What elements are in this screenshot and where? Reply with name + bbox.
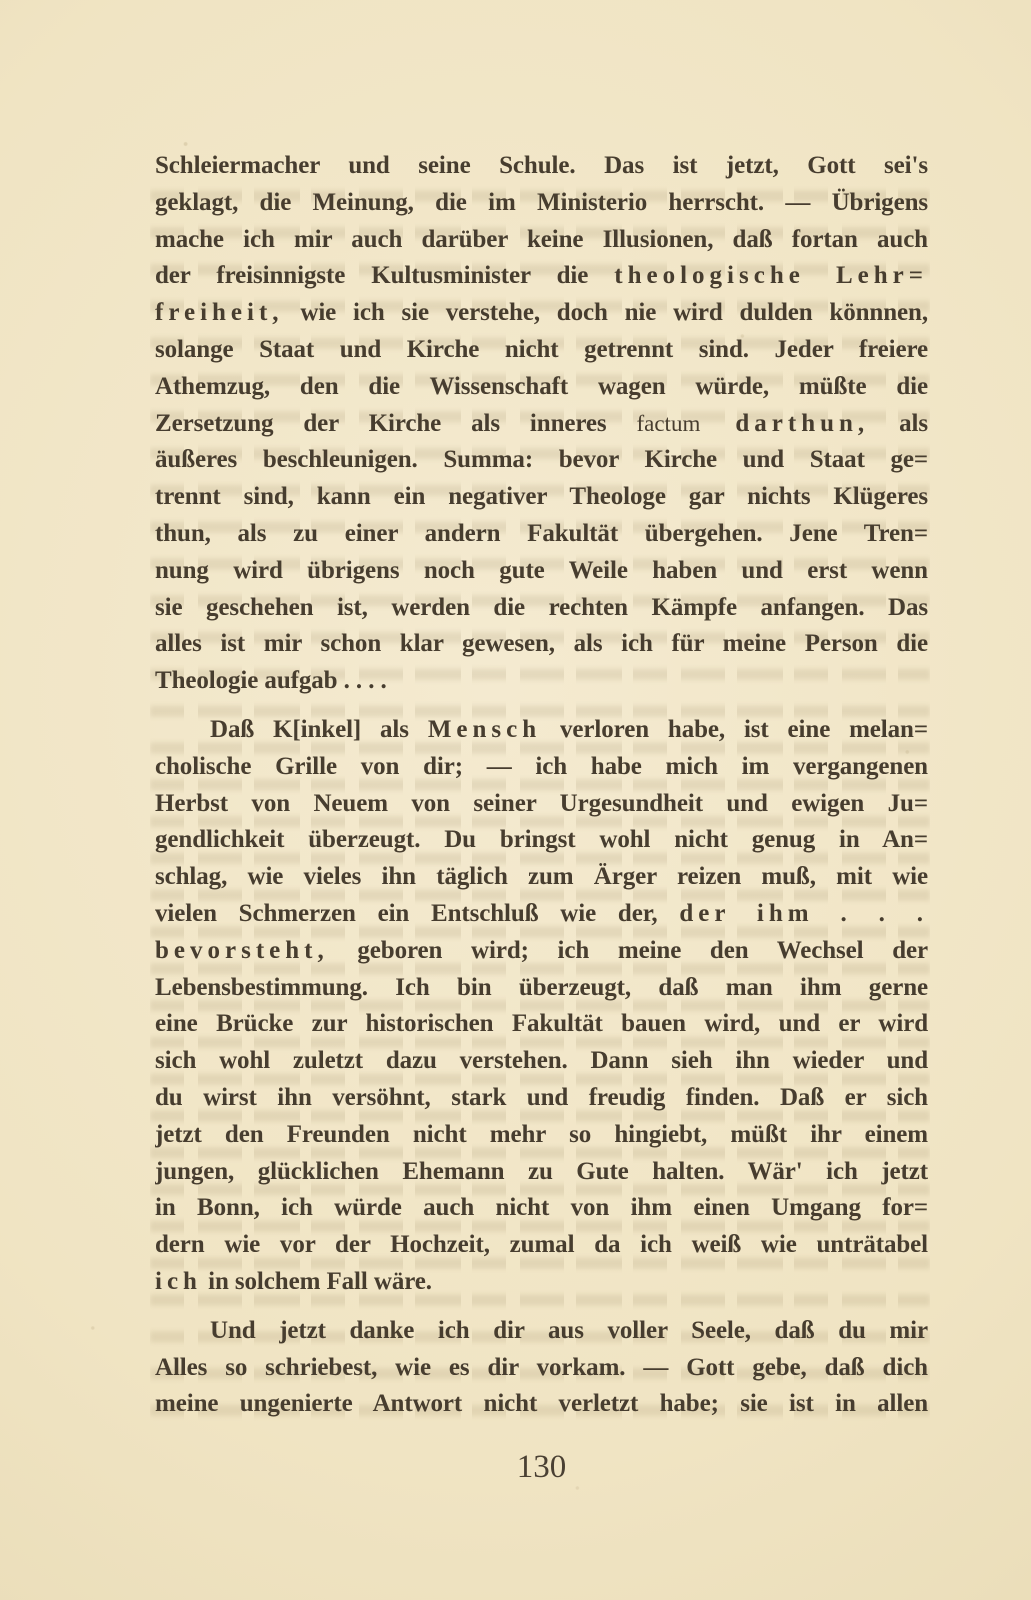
text-segment: Zersetzung der Kirche als inneres (155, 410, 636, 437)
text-line: Herbst von Neuem von seiner Urgesundheit… (155, 786, 928, 823)
text-line: in Bonn, ich würde auch nicht von ihm ei… (155, 1190, 928, 1227)
text-segment: nung wird übrigens noch gute Weile haben… (155, 557, 928, 584)
text-segment: Herbst von Neuem von seiner Urgesundheit… (155, 790, 928, 817)
text-line: der freisinnigste Kultusminister die the… (155, 258, 928, 295)
text-segment: trennt sind, kann ein negativer Theologe… (155, 483, 928, 510)
text-line: geklagt, die Meinung, die im Ministerio … (155, 185, 928, 222)
text-line: thun, als zu einer andern Fakultät überg… (155, 516, 928, 553)
text-segment: sie geschehen ist, werden die rechten Kä… (155, 594, 928, 621)
paragraph: Daß K[inkel] als Mensch verloren habe, i… (155, 712, 928, 1301)
text-line: sie geschehen ist, werden die rechten Kä… (155, 590, 928, 627)
text-segment: dern wie vor der Hochzeit, zumal da ich … (155, 1231, 928, 1258)
text-line: äußeres beschleunigen. Summa: bevor Kirc… (155, 442, 928, 479)
paragraph: Schleiermacher und seine Schule. Das ist… (155, 148, 928, 700)
spaced-emphasis-text: Mensch (428, 716, 541, 743)
text-segment: der freisinnigste Kultusminister die (155, 262, 614, 289)
text-line: Athemzug, den die Wissenschaft wagen wür… (155, 369, 928, 406)
text-line: vielen Schmerzen ein Entschluß wie der, … (155, 896, 928, 933)
text-line: Und jetzt danke ich dir aus voller Seele… (155, 1313, 928, 1350)
text-line: trennt sind, kann ein negativer Theologe… (155, 479, 928, 516)
text-line: Daß K[inkel] als Mensch verloren habe, i… (155, 712, 928, 749)
text-segment: jungen, glücklichen Ehemann zu Gute halt… (155, 1158, 928, 1185)
spaced-emphasis-text: der ihm . . . (679, 900, 928, 927)
text-line: jungen, glücklichen Ehemann zu Gute halt… (155, 1154, 928, 1191)
text-line: dern wie vor der Hochzeit, zumal da ich … (155, 1227, 928, 1264)
text-segment: in Bonn, ich würde auch nicht von ihm ei… (155, 1194, 928, 1221)
text-segment: Daß K[inkel] als (210, 716, 428, 743)
book-page: Schleiermacher und seine Schule. Das ist… (0, 0, 1031, 1600)
text-line: sich wohl zuletzt dazu verstehen. Dann s… (155, 1043, 928, 1080)
text-line: solange Staat und Kirche nicht getrennt … (155, 332, 928, 369)
text-segment: thun, als zu einer andern Fakultät überg… (155, 520, 928, 547)
text-line: nung wird übrigens noch gute Weile haben… (155, 553, 928, 590)
paragraph: Und jetzt danke ich dir aus voller Seele… (155, 1313, 928, 1423)
text-segment: schlag, wie vieles ihn täglich zum Ärger… (155, 863, 928, 890)
text-line: cholische Grille von dir; — ich habe mic… (155, 749, 928, 786)
text-line: Alles so schriebest, wie es dir vorkam. … (155, 1350, 928, 1387)
text-segment: solange Staat und Kirche nicht getrennt … (155, 336, 928, 363)
text-line: Zersetzung der Kirche als inneres factum… (155, 406, 928, 443)
text-segment: verloren habe, ist eine melan= (541, 716, 928, 743)
text-line: jetzt den Freunden nicht mehr so hingieb… (155, 1117, 928, 1154)
text-segment: in solchem Fall wäre. (202, 1268, 432, 1295)
text-segment: Theologie aufgab . . . . (155, 667, 387, 694)
text-segment: mache ich mir auch darüber keine Illusio… (155, 226, 928, 253)
text-segment: jetzt den Freunden nicht mehr so hingieb… (155, 1121, 928, 1148)
spaced-emphasis-text: bevorsteht, (155, 937, 329, 964)
text-line: Lebensbestimmung. Ich bin überzeugt, daß… (155, 970, 928, 1007)
text-segment: Athemzug, den die Wissenschaft wagen wür… (155, 373, 928, 400)
text-segment: cholische Grille von dir; — ich habe mic… (155, 753, 928, 780)
text-line: Theologie aufgab . . . . (155, 663, 928, 700)
text-segment: geboren wird; ich meine den Wechsel der (329, 937, 928, 964)
spaced-emphasis-text: freiheit, (155, 299, 284, 326)
text-segment: alles ist mir schon klar gewesen, als ic… (155, 630, 928, 657)
text-segment: sich wohl zuletzt dazu verstehen. Dann s… (155, 1047, 928, 1074)
text-line: schlag, wie vieles ihn täglich zum Ärger… (155, 859, 928, 896)
text-segment: äußeres beschleunigen. Summa: bevor Kirc… (155, 446, 928, 473)
text-line: gendlichkeit überzeugt. Du bringst wohl … (155, 822, 928, 859)
page-number: 130 (155, 1448, 928, 1486)
text-segment: als (869, 410, 928, 437)
text-segment: Alles so schriebest, wie es dir vorkam. … (155, 1354, 928, 1381)
spaced-emphasis-text: darthun, (700, 410, 869, 437)
text-segment: gendlichkeit überzeugt. Du bringst wohl … (155, 826, 928, 853)
page-text-block: Schleiermacher und seine Schule. Das ist… (155, 148, 928, 1423)
text-segment: wie ich sie verstehe, doch nie wird duld… (284, 299, 928, 326)
text-segment: geklagt, die Meinung, die im Ministerio … (155, 189, 928, 216)
text-line: Schleiermacher und seine Schule. Das ist… (155, 148, 928, 185)
text-segment: Lebensbestimmung. Ich bin überzeugt, daß… (155, 974, 928, 1001)
text-line: alles ist mir schon klar gewesen, als ic… (155, 626, 928, 663)
text-segment: du wirst ihn versöhnt, stark und freudig… (155, 1084, 928, 1111)
spaced-emphasis-text: ich (155, 1268, 202, 1295)
text-segment: Schleiermacher und seine Schule. Das ist… (155, 152, 928, 179)
text-line: eine Brücke zur historischen Fakultät ba… (155, 1006, 928, 1043)
text-segment: meine ungenierte Antwort nicht verletzt … (155, 1390, 928, 1417)
latin-antiqua-text: factum (636, 411, 700, 436)
text-line: du wirst ihn versöhnt, stark und freudig… (155, 1080, 928, 1117)
text-line: freiheit, wie ich sie verstehe, doch nie… (155, 295, 928, 332)
spaced-emphasis-text: theologische Lehr= (614, 262, 928, 289)
text-segment: eine Brücke zur historischen Fakultät ba… (155, 1010, 928, 1037)
text-line: bevorsteht, geboren wird; ich meine den … (155, 933, 928, 970)
text-line: mache ich mir auch darüber keine Illusio… (155, 222, 928, 259)
text-segment: vielen Schmerzen ein Entschluß wie der, (155, 900, 679, 927)
text-line: meine ungenierte Antwort nicht verletzt … (155, 1386, 928, 1423)
text-line: ich in solchem Fall wäre. (155, 1264, 928, 1301)
text-segment: Und jetzt danke ich dir aus voller Seele… (210, 1317, 928, 1344)
